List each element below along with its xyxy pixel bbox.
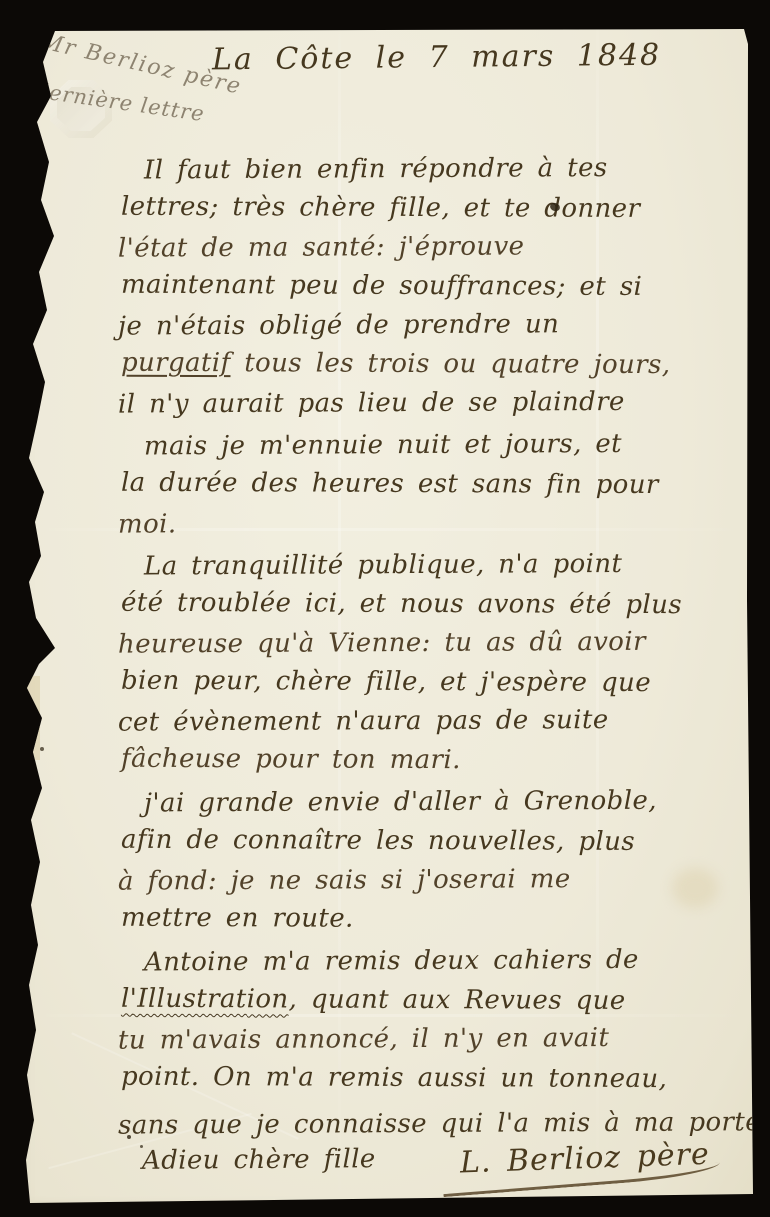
manuscript-line: cet évènement n'aura pas de suite: [118, 700, 720, 742]
manuscript-line: la durée des heures est sans fin pour: [121, 464, 723, 506]
manuscript-line: il n'y aurait pas lieu de se plaindre: [118, 382, 720, 424]
line-text: tous les trois ou quatre jours,: [231, 348, 671, 380]
line-text: Il faut bien enfin répondre à tes: [144, 153, 608, 185]
underlined-word: purgatif: [121, 348, 231, 378]
foxing-stain: [672, 868, 718, 908]
line-text: , quant aux Revues que: [289, 984, 626, 1015]
manuscript-line: l'Illustration, quant aux Revues que: [121, 980, 723, 1022]
manuscript-line: je n'étais obligé de prendre un: [118, 304, 720, 346]
embossed-seal-inner: [57, 87, 105, 131]
ink-speck: [127, 1135, 131, 1139]
line-text: été troublée ici, et nous avons été plus: [121, 588, 682, 620]
signature: L. Berlioz père: [456, 1136, 721, 1182]
line-text: lettres; très chère fille, et te donner: [121, 192, 640, 224]
line-text: il n'y aurait pas lieu de se plaindre: [118, 387, 625, 420]
dateline: La Côte le 7 mars 1848: [212, 38, 662, 78]
underlined-word: l'Illustration: [121, 984, 289, 1015]
closing-row: Adieu chère fille L. Berlioz père: [118, 1141, 720, 1178]
line-text: afin de connaître les nouvelles, plus: [121, 825, 635, 857]
letter-page: Mr Berlioz père dernière lettre La Côte …: [0, 0, 770, 1217]
manuscript-line: point. On m'a remis aussi un tonneau,: [121, 1058, 723, 1100]
torn-edge-layer: [24, 676, 40, 760]
line-text: l'état de ma santé: j'éprouve: [118, 231, 525, 263]
manuscript-line: maintenant peu de souffrances; et si: [121, 266, 723, 308]
manuscript-line: bien peur, chère fille, et j'espère que: [121, 662, 723, 704]
paragraph: Antoine m'a remis deux cahiers del'Illus…: [118, 942, 720, 1137]
letter-text-block: Il faut bien enfin répondre à teslettres…: [118, 150, 720, 1178]
line-text: la durée des heures est sans fin pour: [121, 468, 659, 500]
manuscript-line: Il faut bien enfin répondre à tes: [118, 148, 720, 190]
manuscript-line: heureuse qu'à Vienne: tu as dû avoir: [118, 622, 720, 664]
line-text: point. On m'a remis aussi un tonneau,: [121, 1062, 667, 1094]
paragraph: mais je m'ennuie nuit et jours, etla dur…: [118, 426, 720, 543]
manuscript-line: La tranquillité publique, n'a point: [118, 544, 720, 586]
line-text: bien peur, chère fille, et j'espère que: [121, 666, 651, 698]
manuscript-line: sans que je connaisse qui l'a mis à ma p…: [118, 1096, 720, 1138]
line-text: Antoine m'a remis deux cahiers de: [144, 945, 639, 978]
paragraph: j'ai grande envie d'aller à Grenoble,afi…: [118, 783, 720, 939]
manuscript-line: à fond: je ne sais si j'oserai me: [118, 859, 720, 901]
embossed-seal: [50, 80, 112, 138]
line-text: à fond: je ne sais si j'oserai me: [118, 864, 571, 896]
closing-salutation: Adieu chère fille: [142, 1144, 376, 1176]
ink-speck: [140, 1145, 143, 1148]
manuscript-line: mettre en route.: [121, 899, 723, 941]
line-text: moi.: [118, 509, 177, 539]
line-text: sans que je connaisse qui l'a mis à ma p…: [118, 1107, 761, 1140]
line-text: cet évènement n'aura pas de suite: [118, 705, 609, 738]
line-text: maintenant peu de souffrances; et si: [121, 270, 642, 302]
line-text: je n'étais obligé de prendre un: [118, 309, 559, 341]
line-text: heureuse qu'à Vienne: tu as dû avoir: [118, 627, 646, 660]
ink-speck: [40, 747, 44, 751]
line-text: mais je m'ennuie nuit et jours, et: [144, 429, 622, 462]
manuscript-line: mais je m'ennuie nuit et jours, et: [118, 424, 720, 466]
manuscript-line: été troublée ici, et nous avons été plus: [121, 584, 723, 626]
interlinear-mark: il: [761, 1106, 770, 1125]
manuscript-line: moi.: [118, 502, 720, 544]
manuscript-line: purgatif tous les trois ou quatre jours,: [121, 344, 723, 386]
manuscript-line: l'état de ma santé: j'éprouve: [118, 226, 720, 268]
paragraph: Il faut bien enfin répondre à teslettres…: [118, 150, 720, 423]
line-text: fâcheuse pour ton mari.: [121, 744, 461, 775]
manuscript-line: Antoine m'a remis deux cahiers de: [118, 940, 720, 982]
manuscript-line: fâcheuse pour ton mari.: [121, 740, 723, 782]
line-text: j'ai grande envie d'aller à Grenoble,: [144, 786, 657, 819]
line-text: La tranquillité publique, n'a point: [144, 549, 622, 582]
manuscript-line: afin de connaître les nouvelles, plus: [121, 821, 723, 863]
manuscript-line: lettres; très chère fille, et te donner: [121, 188, 723, 230]
manuscript-line: j'ai grande envie d'aller à Grenoble,: [118, 781, 720, 823]
line-text: mettre en route.: [121, 903, 354, 934]
letter-body: Il faut bien enfin répondre à teslettres…: [118, 150, 720, 1137]
manuscript-line: tu m'avais annoncé, il n'y en avait: [118, 1018, 720, 1060]
line-text: tu m'avais annoncé, il n'y en avait: [118, 1023, 609, 1056]
paragraph: La tranquillité publique, n'a pointété t…: [118, 546, 720, 780]
manuscript-scan: Mr Berlioz père dernière lettre La Côte …: [0, 0, 770, 1217]
